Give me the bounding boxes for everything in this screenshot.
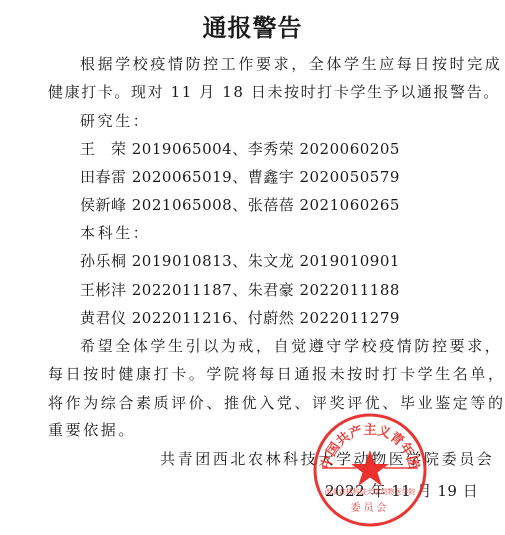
stamp-center-text: 委员会: [351, 501, 390, 514]
closing-line-4: 重要依据。: [48, 421, 136, 439]
undergraduate-row: 孙乐桐 2019010813、朱文龙 2019010901: [80, 252, 400, 270]
graduate-label: 研究生：: [80, 112, 150, 130]
star-icon: [351, 450, 389, 486]
undergraduate-row: 王彬沣 2022011187、朱君豪 2022011188: [80, 281, 400, 299]
official-seal-stamp: 中国共产主义青年团 西北农林科技大学动物医学院 委员会: [312, 412, 428, 528]
intro-line-1: 根据学校疫情防控工作要求，全体学生应每日按时完成: [80, 55, 502, 73]
closing-line-3: 将作为综合素质评价、推优入党、评奖评优、毕业鉴定等的: [48, 394, 505, 412]
document-title: 通报警告: [0, 8, 505, 43]
graduate-row: 侯新峰 2021065008、张蓓蓓 2021060265: [80, 196, 400, 214]
undergraduate-label: 本科生：: [80, 224, 150, 242]
graduate-row: 田春雷 2020065019、曹鑫宇 2020050579: [80, 168, 400, 186]
undergraduate-row: 黄君仪 2022011216、付蔚然 2022011279: [80, 309, 400, 327]
closing-line-1: 希望全体学生引以为戒，自觉遵守学校疫情防控要求，: [80, 337, 502, 355]
closing-line-2: 每日按时健康打卡。学院将每日通报未按时打卡学生名单，: [48, 365, 505, 383]
graduate-row: 王 荣 2019065004、李秀荣 2020060205: [80, 140, 400, 158]
intro-line-2: 健康打卡。现对 11 月 18 日未按时打卡学生予以通报警告。: [48, 83, 500, 101]
stamp-bottom-text: 西北农林科技大学动物医学院: [325, 487, 416, 496]
